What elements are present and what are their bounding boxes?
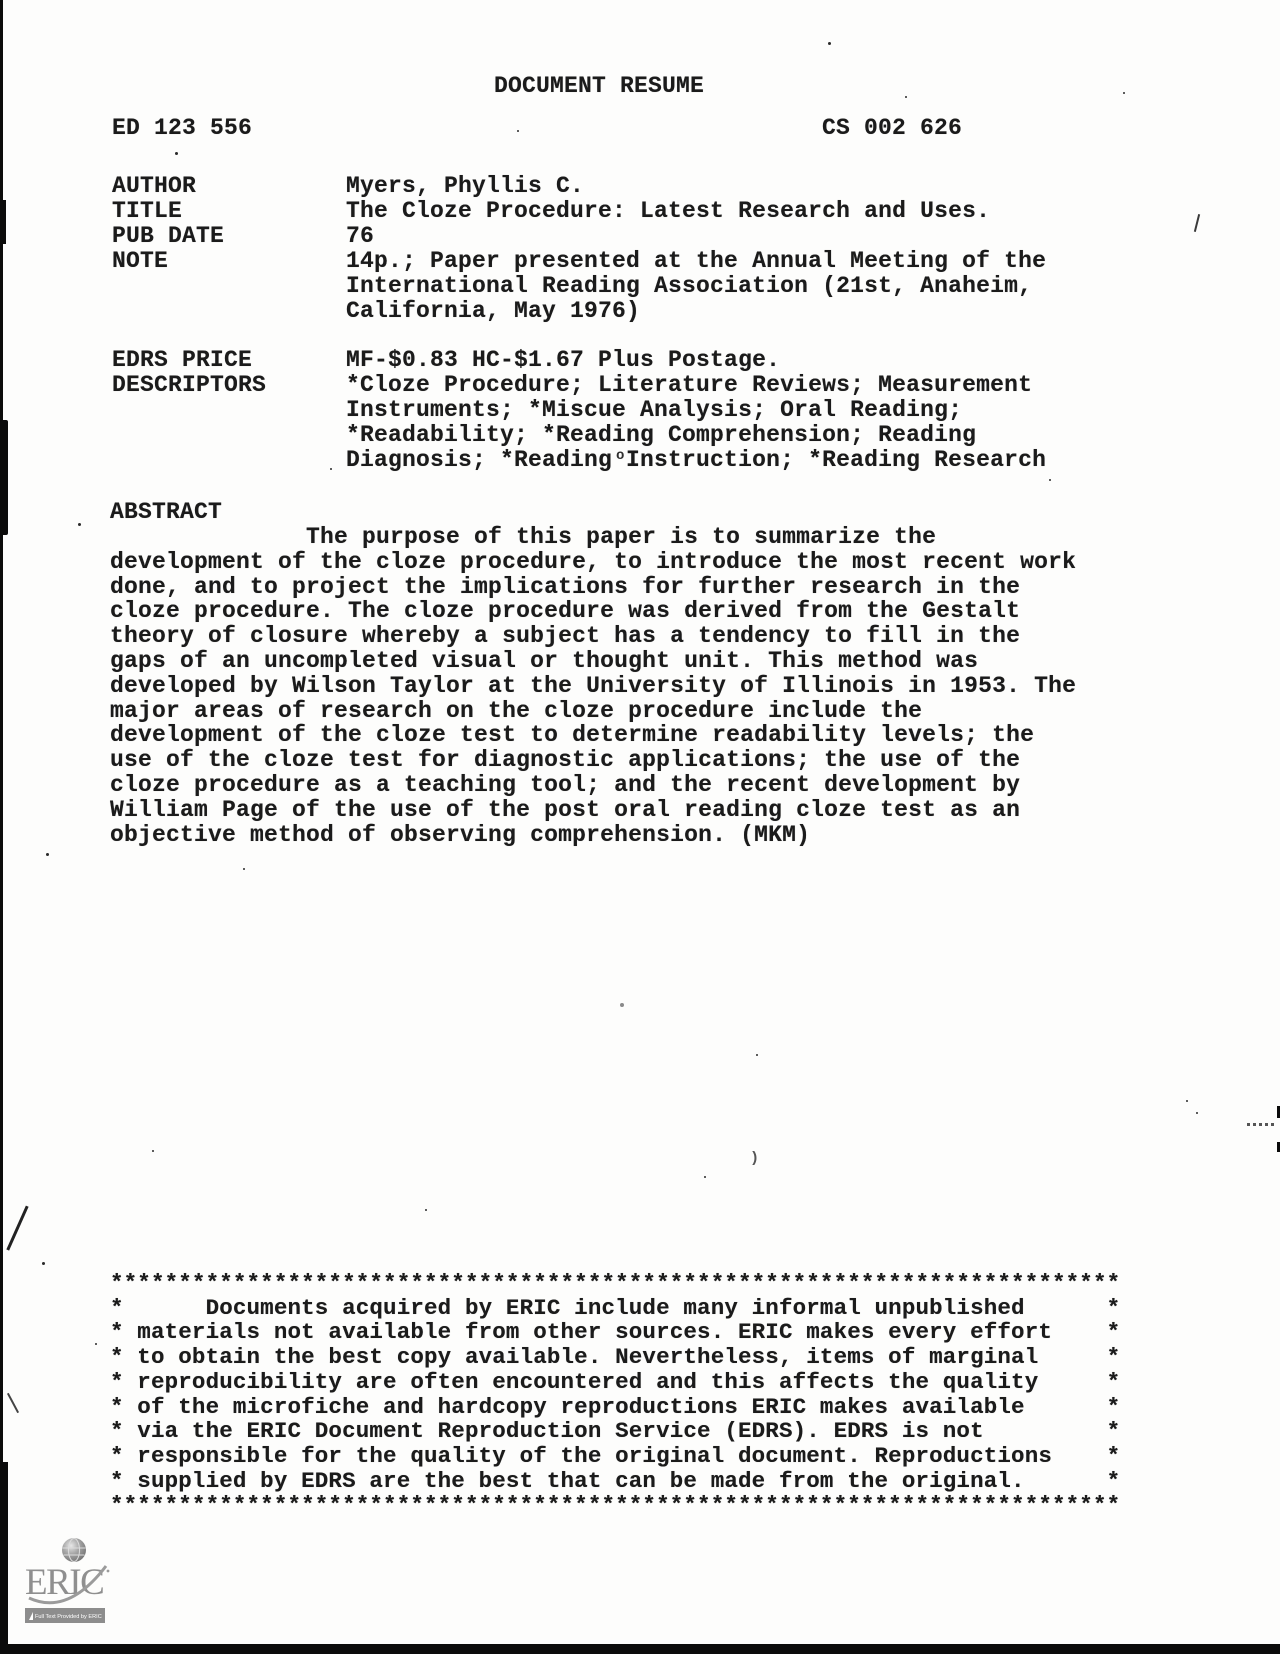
scan-speck [175,152,178,155]
scan-speck [141,829,143,831]
scan-speck [756,1054,758,1056]
notice-line: * responsible for the quality of the ori… [110,1444,1120,1469]
field-label: NOTE [112,249,346,324]
scanned-document-page: DOCUMENT RESUME ED 123 556 CS 002 626 AU… [0,0,1280,1654]
scan-edge-bottom [0,1644,1280,1654]
scan-speck [1123,92,1125,94]
field-pub-date: PUB DATE 76 [112,224,1046,249]
scan-speck [1186,1100,1188,1102]
scan-speck [1049,479,1051,481]
notice-border-line: ****************************************… [110,1493,1120,1518]
scan-speck [1196,1112,1198,1114]
notice-line: * Documents acquired by ERIC include man… [110,1296,1120,1321]
scan-speck [620,1003,624,1007]
scan-speck [95,1343,97,1345]
scan-stray-mark: o [616,448,624,464]
ed-number: ED 123 556 [112,115,252,141]
eric-logo: ERIC Full Text Provided by ERIC [24,1534,114,1630]
scan-edge-blob [0,1462,8,1654]
field-value: *Cloze Procedure; Literature Reviews; Me… [346,373,1046,473]
clearinghouse-number: CS 002 626 [822,115,962,141]
scan-speck [905,96,907,98]
scan-speck [243,868,245,870]
notice-line: * reproducibility are often encountered … [110,1370,1120,1395]
availability-fields: EDRS PRICE MF-$0.83 HC-$1.67 Plus Postag… [112,348,1046,473]
field-label: AUTHOR [112,174,346,199]
notice-line: * supplied by EDRS are the best that can… [110,1469,1120,1494]
abstract-label: ABSTRACT [110,500,222,525]
field-value: Myers, Phyllis C. [346,174,584,199]
field-value: MF-$0.83 HC-$1.67 Plus Postage. [346,348,780,373]
abstract-text: The purpose of this paper is to summariz… [110,525,1076,847]
scan-speck [704,1176,706,1178]
scan-edge-blob [0,200,6,244]
scan-stray-stroke [1194,214,1200,232]
scan-stray-stroke [6,1206,28,1251]
scan-speck [42,1262,45,1265]
field-value: 76 [346,224,374,249]
bibliographic-fields: AUTHOR Myers, Phyllis C. TITLE The Cloze… [112,174,1046,324]
field-edrs-price: EDRS PRICE MF-$0.83 HC-$1.67 Plus Postag… [112,348,1046,373]
notice-line: * of the microfiche and hardcopy reprodu… [110,1395,1120,1420]
logo-tagline: Full Text Provided by ERIC [35,1614,102,1620]
scan-speck [330,468,332,470]
notice-line: * to obtain the best copy available. Nev… [110,1345,1120,1370]
field-descriptors: DESCRIPTORS *Cloze Procedure; Literature… [112,373,1046,473]
scan-speck [46,853,49,856]
field-label: EDRS PRICE [112,348,346,373]
scan-speck [828,42,831,45]
field-label: TITLE [112,199,346,224]
field-value: The Cloze Procedure: Latest Research and… [346,199,990,224]
scan-stray-stroke [7,1393,19,1413]
globe-icon [62,1538,86,1562]
reproduction-notice-box: ****************************************… [110,1271,1120,1518]
field-note: NOTE 14p.; Paper presented at the Annual… [112,249,1046,324]
scan-edge-left [0,0,3,1654]
field-author: AUTHOR Myers, Phyllis C. [112,174,1046,199]
notice-border-line: ****************************************… [110,1271,1120,1296]
scan-speck [517,130,519,132]
scan-stray-dashes [1247,1123,1275,1126]
eric-logo-graphic: ERIC Full Text Provided by ERIC [24,1534,114,1630]
field-label: PUB DATE [112,224,346,249]
scan-stray-mark: ) [750,1150,759,1167]
field-value: 14p.; Paper presented at the Annual Meet… [346,249,1046,324]
field-title: TITLE The Cloze Procedure: Latest Resear… [112,199,1046,224]
scan-speck [425,1209,427,1211]
document-title: DOCUMENT RESUME [494,73,704,99]
notice-line: * materials not available from other sou… [110,1320,1120,1345]
scan-edge-blob [0,420,8,535]
scan-speck [152,1150,154,1152]
notice-line: * via the ERIC Document Reproduction Ser… [110,1419,1120,1444]
field-label: DESCRIPTORS [112,373,346,473]
scan-speck [78,523,81,526]
logo-banner: Full Text Provided by ERIC [25,1608,105,1623]
